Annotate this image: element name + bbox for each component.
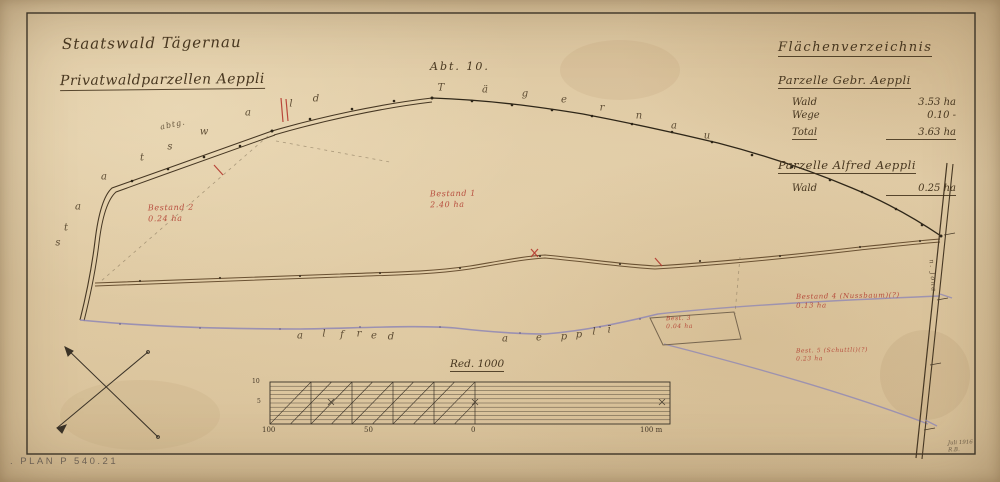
date-note-line1: Juli 1916 [948, 440, 973, 447]
table-row: Wald 3.53 ha [778, 97, 968, 110]
row-label: Wald [792, 97, 817, 108]
area-table-title: Flächenverzeichnis [778, 40, 932, 57]
right-road-line-2 [922, 164, 953, 459]
upper-road-line-2 [274, 102, 432, 135]
lower-boundary-line [80, 314, 658, 334]
date-note: Juli 1916 R.B. [948, 440, 973, 454]
table-row-total: Total 3.63 ha [778, 127, 968, 140]
scale-tick-100m: 100 m [640, 426, 662, 434]
red-survey-marks [214, 98, 662, 266]
row-value: 3.53 ha [886, 97, 956, 108]
right-road-line-1 [916, 163, 947, 458]
compass-cross [57, 347, 159, 438]
road-boundary-crossings [925, 294, 952, 426]
scale-tick-0: 0 [471, 426, 475, 434]
page-subtitle: Privatwaldparzellen Aeppli [60, 71, 265, 91]
date-note-line2: R.B. [948, 446, 973, 453]
row-label: Wald [792, 183, 817, 194]
parcel-alfred-heading: Parzelle Alfred Aeppli [778, 158, 916, 174]
row-value: 3.63 ha [886, 127, 956, 140]
scale-bar-crosses [328, 399, 665, 405]
row-value: 0.10 - [886, 110, 956, 121]
scale-caption: Red. 1000 [450, 358, 504, 372]
row-value: 0.25 ha [886, 183, 956, 196]
se-boundary-upper [658, 296, 940, 314]
scale-v-10: 10 [252, 378, 260, 385]
plan-paper: Staatswald Tägernau Privatwaldparzellen … [0, 0, 1000, 482]
small-parcel-outline [650, 312, 741, 345]
table-row: Wald 0.25 ha [778, 183, 968, 196]
row-label: Total [792, 127, 817, 140]
table-row: Wege 0.10 - [778, 110, 968, 123]
upper-road-line-1 [272, 98, 432, 131]
scale-v-5: 5 [257, 398, 261, 405]
se-boundary-lower [664, 344, 928, 424]
scale-bar [270, 382, 670, 424]
section-label: Abt. 10. [430, 60, 490, 73]
left-road-line-2 [84, 135, 275, 321]
parcel-gebr-heading: Parzelle Gebr. Aeppli [778, 73, 911, 89]
row-label: Wege [792, 110, 820, 121]
page-title: Staatswald Tägernau [62, 33, 242, 53]
scale-tick-50: 50 [364, 426, 373, 434]
area-table: Flächenverzeichnis Parzelle Gebr. Aeppli… [778, 36, 968, 196]
scale-tick-100-left: 100 [262, 426, 275, 434]
middle-path-line-2 [95, 242, 940, 286]
plan-number: . PLAN P 540.21 [10, 456, 118, 467]
boundary-stones-middle [139, 240, 921, 282]
left-road-line-1 [80, 131, 272, 320]
